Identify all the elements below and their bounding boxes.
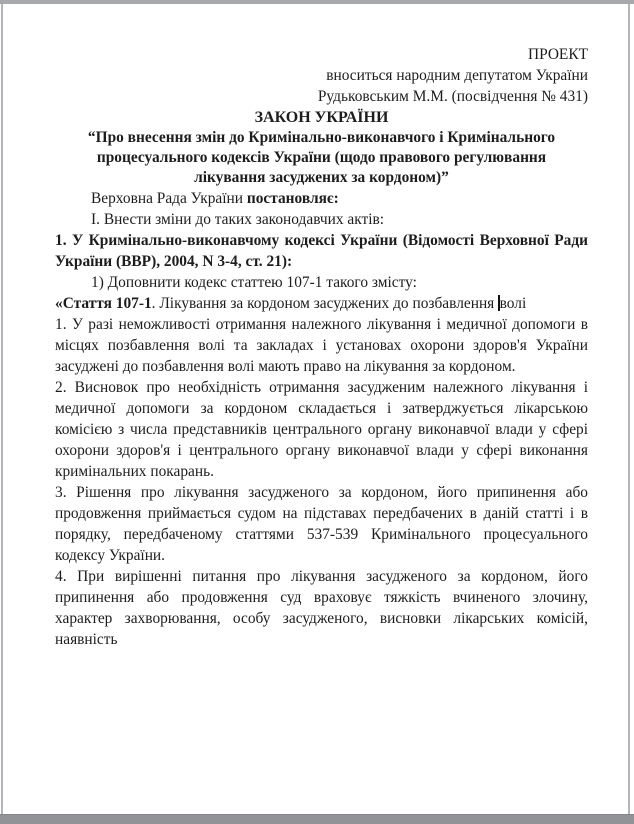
amendment-subitem-1[interactable]: 1) Доповнити кодекс статтею 107-1 такого… [55,272,588,293]
page-bottom-edge [0,814,634,824]
page-border-left [1,4,3,814]
deputy-line[interactable]: Рудьковським М.М. (посвідчення № 431) [55,86,588,107]
section-i-line[interactable]: І. Внести зміни до таких законодавчих ак… [55,209,588,230]
article-heading[interactable]: «Стаття 107-1. Лікування за кордоном зас… [55,293,588,314]
article-number-bold: «Стаття 107-1 [55,295,152,312]
enacting-bold: постановляє: [247,190,339,207]
amendment-item-1[interactable]: 1. У Кримінально-виконавчому кодексі Укр… [55,230,588,272]
enacting-clause[interactable]: Верховна Рада України постановляє: [55,188,588,209]
document-header-block: ПРОЕКТ вноситься народним депутатом Укра… [55,44,588,107]
article-paragraph-3[interactable]: 3. Рішення про лікування засудженого за … [55,482,588,566]
article-paragraph-2[interactable]: 2. Висновок про необхідність отримання з… [55,377,588,482]
article-heading-tail: волі [500,295,527,312]
document-text-area[interactable]: ПРОЕКТ вноситься народним депутатом Укра… [55,0,588,650]
article-heading-rest: . Лікування за кордоном засуджених до по… [152,295,498,312]
article-paragraph-4[interactable]: 4. При вирішенні питання про лікування з… [55,566,588,650]
draft-label[interactable]: ПРОЕКТ [55,44,588,65]
document-page: ПРОЕКТ вноситься народним депутатом Укра… [0,0,634,824]
law-title[interactable]: ЗАКОН УКРАЇНИ [55,107,588,128]
page-border-right [628,4,630,814]
article-paragraph-1[interactable]: 1. У разі неможливості отримання належно… [55,314,588,377]
submitted-by-line[interactable]: вноситься народним депутатом України [55,65,588,86]
law-subtitle[interactable]: “Про внесення змін до Кримінально-викона… [55,128,588,188]
enacting-regular: Верховна Рада України [91,190,247,207]
